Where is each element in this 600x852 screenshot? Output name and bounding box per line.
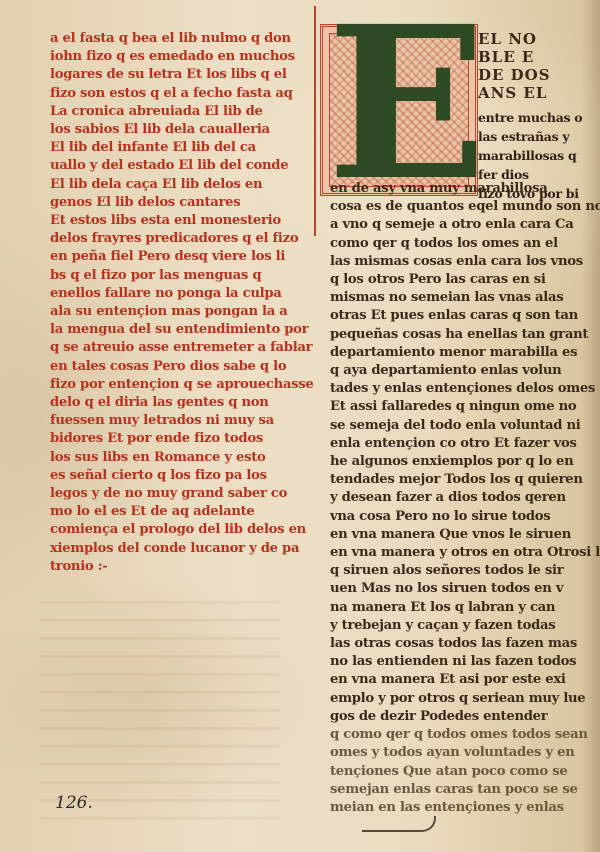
text-line: las mismas cosas enla cara los vnos: [330, 253, 592, 271]
text-line: fizo por entençion q se aprouechasse: [50, 376, 320, 394]
text-line: a vno q semeje a otro enla cara Ca: [330, 216, 592, 234]
text-line: q los otros Pero las caras en si: [330, 271, 592, 289]
text-line: las otras cosas todos las fazen mas: [330, 635, 592, 653]
text-line: la mengua del su entendimiento por: [50, 321, 320, 339]
text-line: emplo y por otros q seriean muy lue: [330, 690, 592, 708]
text-line: genos El lib delos cantares: [50, 194, 320, 212]
text-line: otras Et pues enlas caras q son tan: [330, 307, 592, 325]
text-line: na manera Et los q labran y can: [330, 599, 592, 617]
heading-line: BLE E: [478, 48, 596, 66]
text-line: xiemplos del conde lucanor y de pa: [50, 540, 320, 558]
text-line: como qer q todos los omes an el: [330, 235, 592, 253]
text-line: los sabios El lib dela caualleria: [50, 121, 320, 139]
text-line: delos frayres predicadores q el fizo: [50, 230, 320, 248]
text-line: semejan enlas caras tan poco se se: [330, 781, 592, 799]
text-line: gos de dezir Podedes entender: [330, 708, 592, 726]
text-line: iohn fizo q es emedado en muchos: [50, 48, 320, 66]
text-line: mismas no semeian las vnas alas: [330, 289, 592, 307]
text-line: El lib del infante El lib del ca: [50, 139, 320, 157]
text-line: en tales cosas Pero dios sabe q lo: [50, 358, 320, 376]
text-line: fuessen muy letrados ni muy sa: [50, 412, 320, 430]
text-line: en vna manera Que vnos le siruen: [330, 526, 592, 544]
text-line: los sus libs en Romance y esto: [50, 449, 320, 467]
illuminated-initial: E: [320, 24, 478, 196]
text-line: tendades mejor Todos los q quieren: [330, 471, 592, 489]
text-line: en vna manera Et asi por este exi: [330, 671, 592, 689]
heading-text-line: marabillosas q: [478, 146, 596, 165]
text-line: legos y de no muy grand saber co: [50, 485, 320, 503]
text-line: tades y enlas entençiones delos omes: [330, 380, 592, 398]
text-line: meian en las entençiones y enlas: [330, 799, 592, 817]
text-line: en vna manera y otros en otra Otrosi los: [330, 544, 592, 562]
text-line: tronio :-: [50, 558, 320, 576]
ink-show-through: [40, 600, 280, 820]
text-line: enla entençion co otro Et fazer vos: [330, 435, 592, 453]
text-line: q siruen alos señores todos le sir: [330, 562, 592, 580]
heading-text-line: las estrañas y: [478, 127, 596, 146]
left-column-rubric-text: a el fasta q bea el lib nulmo q doniohn …: [50, 30, 320, 576]
text-line: cosa es de quantos eqel mundo son no: [330, 198, 592, 216]
text-line: q aya departamiento enlas volun: [330, 362, 592, 380]
text-line: a el fasta q bea el lib nulmo q don: [50, 30, 320, 48]
heading-line: DE DOS: [478, 66, 596, 84]
text-line: es señal cierto q los fizo pa los: [50, 467, 320, 485]
text-line: departamiento menor marabilla es: [330, 344, 592, 362]
text-line: uallo y del estado El lib del conde: [50, 157, 320, 175]
text-line: fizo son estos q el a fecho fasta aq: [50, 85, 320, 103]
text-line: bidores Et por ende fizo todos: [50, 430, 320, 448]
text-line: q se atreuio asse entremeter a fablar: [50, 339, 320, 357]
text-line: enellos fallare no ponga la culpa: [50, 285, 320, 303]
text-line: ala su entençion mas pongan la a: [50, 303, 320, 321]
text-line: uen Mas no los siruen todos en v: [330, 580, 592, 598]
initial-letter: E: [327, 0, 487, 209]
manuscript-page: a el fasta q bea el lib nulmo q doniohn …: [0, 0, 600, 852]
heading-line: EL NO: [478, 30, 596, 48]
text-line: q como qer q todos omes todos sean: [330, 726, 592, 744]
text-line: delo q el diria las gentes q non: [50, 394, 320, 412]
text-line: La cronica abreuiada El lib de: [50, 103, 320, 121]
catchword-flourish: [362, 816, 436, 832]
text-line: en peña fiel Pero desq viere los li: [50, 248, 320, 266]
display-heading: EL NOBLE EDE DOSANS EL: [478, 30, 596, 102]
heading-text-line: entre muchas o: [478, 108, 596, 127]
text-line: omes y todos ayan voluntades y en: [330, 744, 592, 762]
text-line: pequeñas cosas ha enellas tan grant: [330, 326, 592, 344]
text-line: no las entienden ni las fazen todos: [330, 653, 592, 671]
text-line: comiença el prologo del lib delos en: [50, 521, 320, 539]
text-line: y trebejan y caçan y fazen todas: [330, 617, 592, 635]
text-line: Et assi fallaredes q ningun ome no: [330, 398, 592, 416]
text-line: y desean fazer a dios todos qeren: [330, 489, 592, 507]
text-line: en de asy vna muy marabillosa: [330, 180, 592, 198]
text-line: El lib dela caça El lib delos en: [50, 176, 320, 194]
text-line: se semeja del todo enla voluntad ni: [330, 417, 592, 435]
text-line: mo lo el es Et de aq adelante: [50, 503, 320, 521]
text-line: vna cosa Pero no lo sirue todos: [330, 508, 592, 526]
text-line: Et estos libs esta enl monesterio: [50, 212, 320, 230]
right-column-text: en de asy vna muy marabillosacosa es de …: [330, 180, 592, 817]
heading-line: ANS EL: [478, 84, 596, 102]
text-line: tençiones Que atan poco como se: [330, 763, 592, 781]
text-line: he algunos enxiemplos por q lo en: [330, 453, 592, 471]
text-line: logares de su letra Et los libs q el: [50, 66, 320, 84]
text-line: bs q el fizo por las menguas q: [50, 267, 320, 285]
folio-number: 126.: [55, 793, 93, 813]
